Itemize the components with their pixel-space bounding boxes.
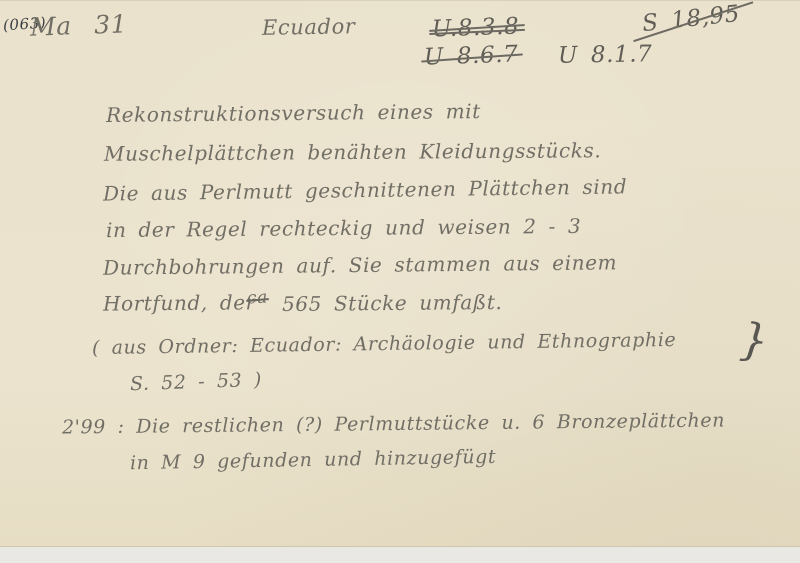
citation-closing-brace: } [738, 318, 771, 365]
citation-line-1: ( aus Ordner: Ecuador: Archäologie und E… [92, 331, 677, 358]
old-price: S 18,95 [641, 3, 741, 36]
old-code-bottom: U 8.6.7 [424, 43, 519, 69]
note-line-2: in M 9 gefunden und hinzugefügt [130, 448, 496, 473]
index-card: (063) Ma 31 Ecuador U.8.3.8 S 18,95 U 8.… [0, 0, 800, 548]
description-line-6-start: Hortfund, der [103, 292, 256, 313]
object-number: Ma 31 [30, 11, 128, 39]
description-line-1: Rekonstruktionsversuch eines mit [106, 101, 481, 125]
note-line-1: 2'99 : Die restlichen (?) Perlmuttstücke… [62, 412, 725, 438]
description-line-5: Durchbohrungen auf. Sie stammen aus eine… [103, 252, 617, 277]
scan-background-strip [0, 547, 800, 563]
citation-line-2: S. 52 - 53 ) [130, 371, 263, 395]
old-code-top: U.8.3.8 [432, 15, 520, 41]
description-line-6-end: 565 Stücke umfaßt. [282, 292, 503, 314]
description-line-2: Muschelplättchen benähten Kleidungsstück… [104, 140, 601, 163]
description-line-3: Die aus Perlmutt geschnittenen Plättchen… [103, 176, 627, 203]
country-label: Ecuador [262, 16, 356, 39]
description-line-4: in der Regel rechteckig und weisen 2 - 3 [106, 216, 581, 240]
current-code: U 8.1.7 [558, 43, 653, 68]
description-line-6-struck-word: ca [247, 289, 269, 307]
